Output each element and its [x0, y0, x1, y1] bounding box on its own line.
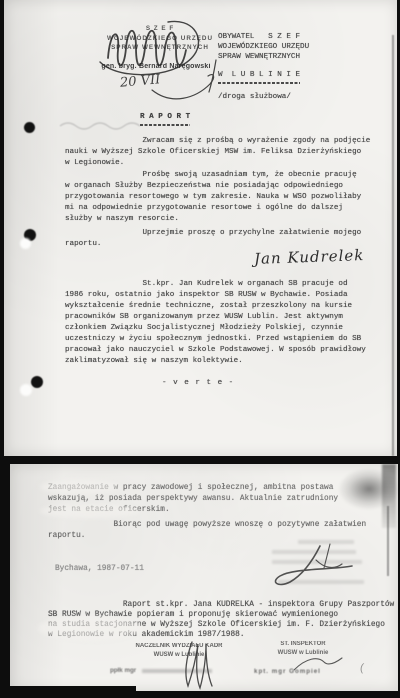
- document-page-2: Zaangażowanie w pracy zawodowej i społec…: [10, 464, 398, 691]
- left-stamp-officer: ppłk mgr: [110, 667, 136, 674]
- paragraph-6: Biorąc pod uwagę powyższe wnoszę o pozyt…: [48, 520, 366, 542]
- applicant-signature: Jan Kudrelek: [254, 246, 365, 268]
- left-stamp-signature-icon: [172, 638, 224, 690]
- pencil-annotation-icon: [58, 116, 150, 134]
- addressee-city: W L U B L I N I E: [218, 70, 300, 84]
- right-stamp-signature-icon: [288, 652, 348, 676]
- scan-background-corner: [0, 686, 136, 698]
- addressee-via: /droga służbowa/: [218, 92, 291, 103]
- fold-line: [392, 35, 394, 456]
- date-line: Bychawa, 1987-07-11: [55, 564, 144, 575]
- report-title: R A P O R T: [140, 112, 190, 126]
- fold-line: [387, 506, 389, 576]
- faded-area: [40, 480, 120, 494]
- ink-dot: [31, 376, 43, 388]
- scan-smudge: [382, 464, 396, 528]
- ink-dot: [24, 122, 35, 133]
- paragraph-3: Uprzejmie proszę o przychylne załatwieni…: [65, 228, 361, 250]
- approver-signature-icon: [258, 542, 370, 594]
- faded-area: [38, 616, 143, 640]
- paragraph-4: St.kpr. Jan Kudrelek w organach SB pracu…: [65, 279, 366, 367]
- addressee-block: OBYWATEL S Z E FWOJEWÓDZKIEGO URZĘDUSPRA…: [218, 32, 309, 62]
- scanned-document-photo: S Z E FWOJEWÓDZKIEGO URZĘDUSPRAW WEWNĘTR…: [0, 0, 400, 698]
- stray-mark: (: [359, 662, 364, 674]
- punch-hole: [20, 238, 31, 249]
- verte-note: - v e r t e -: [162, 378, 234, 389]
- punch-hole: [20, 384, 32, 396]
- paragraph-1: Zwracam się z prośbą o wyrażenie zgody n…: [65, 136, 370, 169]
- document-page-1: S Z E FWOJEWÓDZKIEGO URZĘDUSPRAW WEWNĘTR…: [4, 0, 397, 456]
- faded-area: [40, 504, 140, 518]
- paragraph-2: Prośbę swoją uzasadniam tym, że obecnie …: [65, 170, 361, 225]
